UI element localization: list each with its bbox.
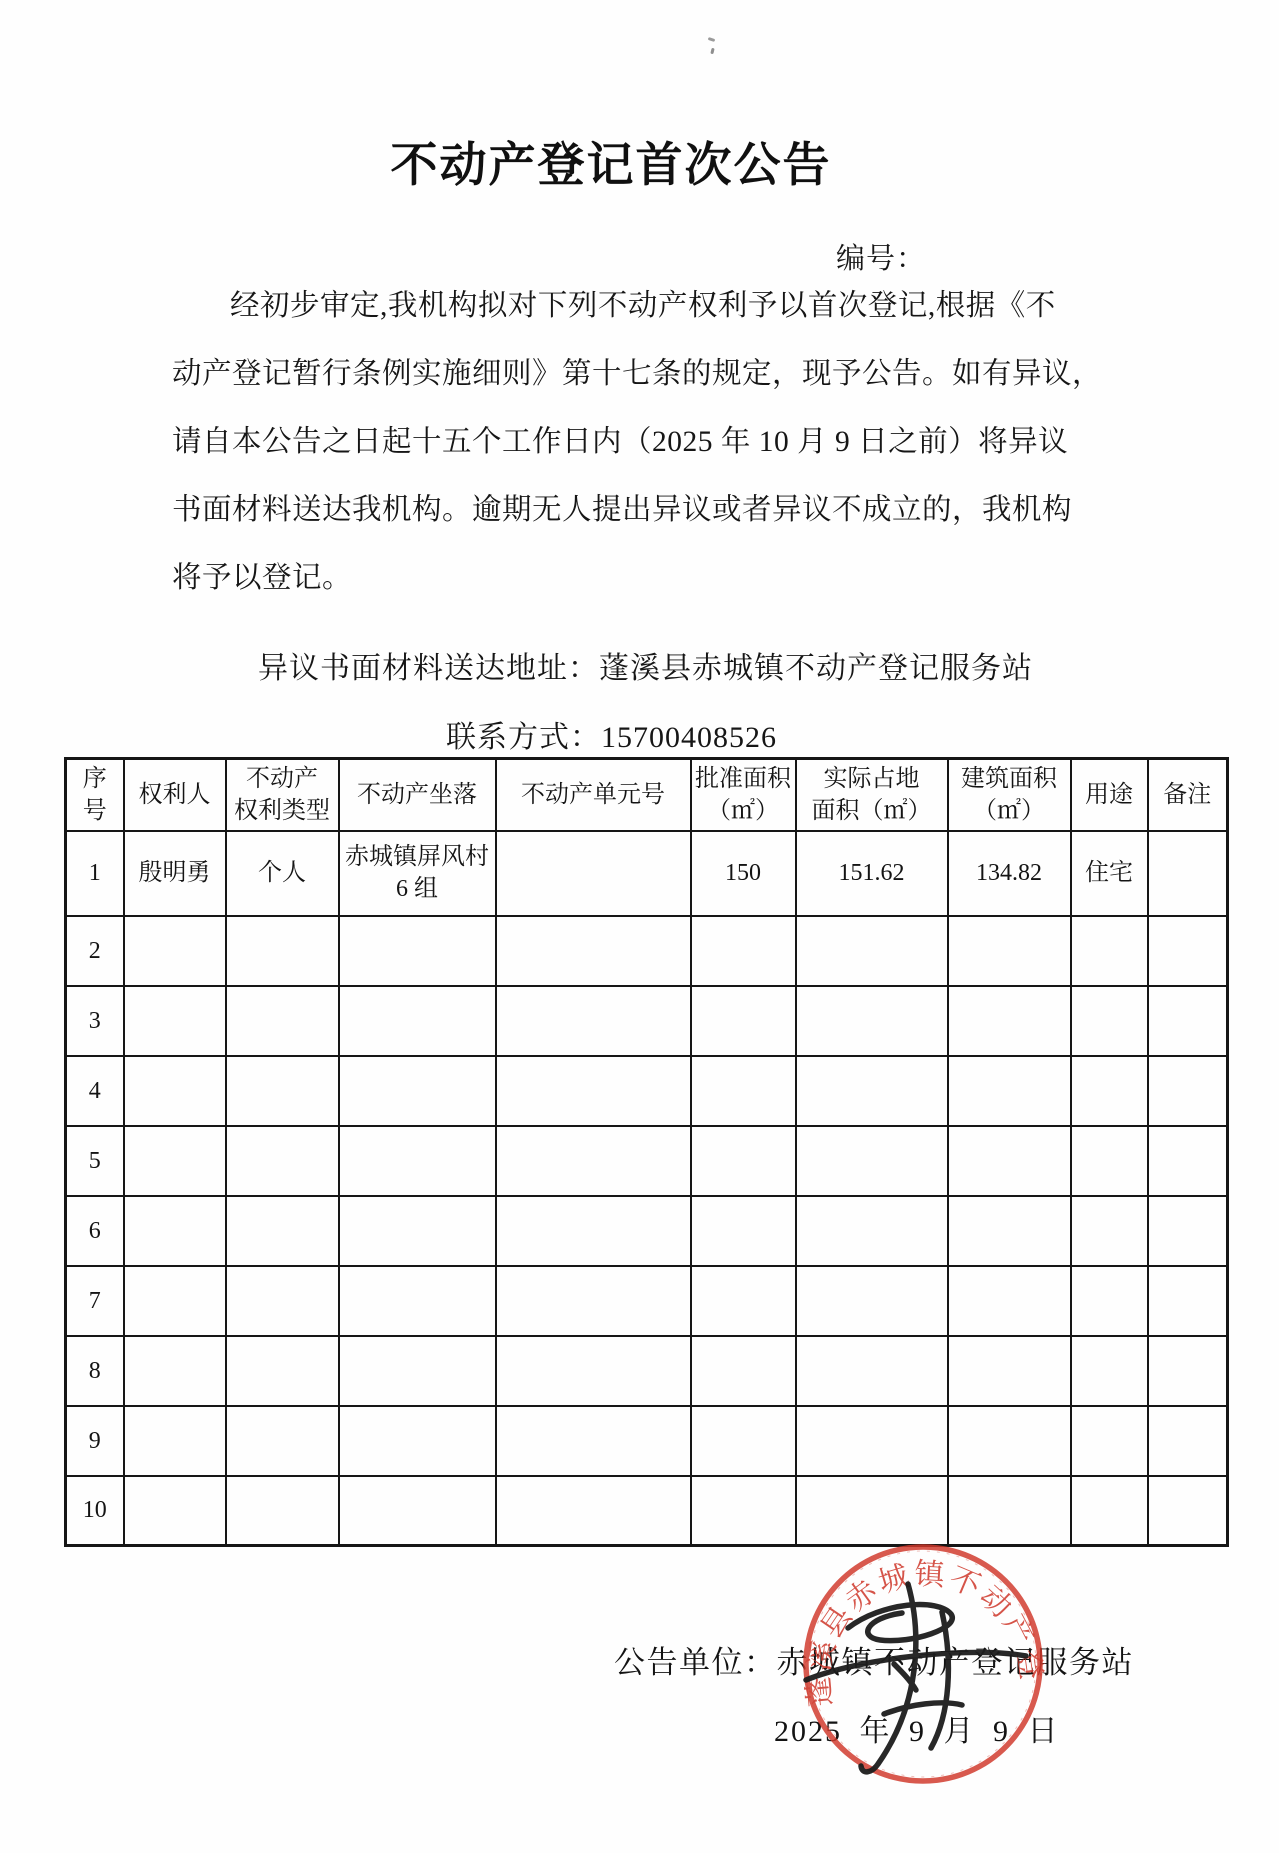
header-cell: 批准面积 （㎡） (691, 759, 796, 831)
table-cell (691, 1476, 796, 1546)
table-cell (1148, 1476, 1228, 1546)
table-cell (496, 986, 691, 1056)
table-cell (948, 1406, 1071, 1476)
table-cell (796, 1126, 948, 1196)
table-cell (948, 986, 1071, 1056)
table-cell (124, 1266, 226, 1336)
table-cell (339, 1056, 496, 1126)
table-cell (496, 1196, 691, 1266)
header-cell: 权利人 (124, 759, 226, 831)
table-cell (124, 1406, 226, 1476)
table-cell (1071, 1126, 1148, 1196)
table-cell (1148, 1266, 1228, 1336)
table-cell (339, 986, 496, 1056)
table-cell: 1 (66, 831, 124, 916)
table-cell (339, 1406, 496, 1476)
table-cell (124, 986, 226, 1056)
body-line: 动产登记暂行条例实施细则》第十七条的规定，现予公告。如有异议， (172, 356, 1072, 424)
table-cell: 9 (66, 1406, 124, 1476)
table-cell (496, 1056, 691, 1126)
table-cell (1071, 1406, 1148, 1476)
table-cell (1071, 1196, 1148, 1266)
table-cell (496, 1336, 691, 1406)
table-cell (1148, 916, 1228, 986)
table-row: 10 (66, 1476, 1228, 1546)
header-cell: 用途 (1071, 759, 1148, 831)
table-cell (496, 1266, 691, 1336)
table-cell (124, 1126, 226, 1196)
page-title: 不动产登记首次公告 (172, 128, 1050, 195)
table-cell (948, 1196, 1071, 1266)
table-cell (796, 1056, 948, 1126)
table-cell (948, 1266, 1071, 1336)
table-cell (1148, 1056, 1228, 1126)
table-cell (496, 1126, 691, 1196)
table-cell (339, 1476, 496, 1546)
header-cell: 不动产 权利类型 (226, 759, 339, 831)
table-cell (226, 1196, 339, 1266)
table-cell: 7 (66, 1266, 124, 1336)
table-cell (339, 1336, 496, 1406)
objection-address-line: 异议书面材料送达地址：蓬溪县赤城镇不动产登记服务站 (258, 643, 1033, 687)
table-cell (339, 1266, 496, 1336)
table-cell (1148, 986, 1228, 1056)
header-cell: 不动产坐落 (339, 759, 496, 831)
announcement-table: 序 号权利人不动产 权利类型不动产坐落不动产单元号批准面积 （㎡）实际占地 面积… (64, 757, 1229, 1547)
table-row: 7 (66, 1266, 1228, 1336)
table-cell: 151.62 (796, 831, 948, 916)
table-cell (691, 916, 796, 986)
table-cell (948, 916, 1071, 986)
table-cell: 住宅 (1071, 831, 1148, 916)
table-cell (339, 1196, 496, 1266)
table-cell: 殷明勇 (124, 831, 226, 916)
contact-line: 联系方式：15700408526 (446, 712, 777, 756)
table-row: 9 (66, 1406, 1228, 1476)
table-header: 序 号权利人不动产 权利类型不动产坐落不动产单元号批准面积 （㎡）实际占地 面积… (66, 759, 1228, 831)
table-cell (226, 916, 339, 986)
table-cell (1148, 1196, 1228, 1266)
table-cell (124, 1056, 226, 1126)
table-cell (124, 1336, 226, 1406)
table-cell: 赤城镇屏风村 6 组 (339, 831, 496, 916)
table-cell (948, 1056, 1071, 1126)
table-cell (691, 1196, 796, 1266)
table-cell (226, 1126, 339, 1196)
table-cell (1071, 986, 1148, 1056)
table-cell (1071, 916, 1148, 986)
body-line: 书面材料送达我机构。逾期无人提出异议或者异议不成立的，我机构 (172, 492, 1072, 560)
announcement-body: 经初步审定,我机构拟对下列不动产权利予以首次登记,根据《不 动产登记暂行条例实施… (172, 288, 1072, 628)
table-row: 8 (66, 1336, 1228, 1406)
table-row: 4 (66, 1056, 1228, 1126)
table-cell (1071, 1336, 1148, 1406)
table-cell (339, 1126, 496, 1196)
table-cell (691, 1126, 796, 1196)
document-number-label: 编号： (836, 236, 926, 277)
table-cell (948, 1126, 1071, 1196)
table-cell (796, 986, 948, 1056)
table-cell (226, 1266, 339, 1336)
table-cell (124, 916, 226, 986)
body-line: 经初步审定,我机构拟对下列不动产权利予以首次登记,根据《不 (172, 288, 1072, 356)
table-row: 3 (66, 986, 1228, 1056)
table-cell (226, 1056, 339, 1126)
scan-artifact (706, 38, 720, 56)
table-cell: 6 (66, 1196, 124, 1266)
table-cell (796, 1266, 948, 1336)
header-cell: 备注 (1148, 759, 1228, 831)
table-cell (124, 1476, 226, 1546)
table-header-row: 序 号权利人不动产 权利类型不动产坐落不动产单元号批准面积 （㎡）实际占地 面积… (66, 759, 1228, 831)
table-cell (1148, 831, 1228, 916)
header-cell: 实际占地 面积（㎡） (796, 759, 948, 831)
table-row: 5 (66, 1126, 1228, 1196)
table-cell: 5 (66, 1126, 124, 1196)
table-cell (1071, 1056, 1148, 1126)
table-cell (691, 1406, 796, 1476)
table-cell (691, 1056, 796, 1126)
body-line: 将予以登记。 (172, 560, 1072, 628)
table-cell (1071, 1266, 1148, 1336)
header-cell: 不动产单元号 (496, 759, 691, 831)
table-cell (496, 1406, 691, 1476)
table-cell: 10 (66, 1476, 124, 1546)
table-cell: 134.82 (948, 831, 1071, 916)
table-cell (339, 916, 496, 986)
header-cell: 序 号 (66, 759, 124, 831)
table-cell: 8 (66, 1336, 124, 1406)
table-cell (226, 986, 339, 1056)
header-cell: 建筑面积 （㎡） (948, 759, 1071, 831)
table-body: 1殷明勇个人赤城镇屏风村 6 组150151.62134.82住宅2345678… (66, 831, 1228, 1546)
table-cell (1148, 1406, 1228, 1476)
table-cell: 3 (66, 986, 124, 1056)
table-cell (948, 1336, 1071, 1406)
table-cell (691, 986, 796, 1056)
table-row: 2 (66, 916, 1228, 986)
table-cell (796, 1336, 948, 1406)
table-cell: 150 (691, 831, 796, 916)
table-row: 6 (66, 1196, 1228, 1266)
table-cell (796, 916, 948, 986)
table-cell (796, 1406, 948, 1476)
body-line: 请自本公告之日起十五个工作日内（2025 年 10 月 9 日之前）将异议 (172, 424, 1072, 492)
table-row: 1殷明勇个人赤城镇屏风村 6 组150151.62134.82住宅 (66, 831, 1228, 916)
table-cell (226, 1336, 339, 1406)
table-cell (691, 1266, 796, 1336)
table-cell: 个人 (226, 831, 339, 916)
table-cell (124, 1196, 226, 1266)
table-cell (691, 1336, 796, 1406)
table-cell (1148, 1126, 1228, 1196)
table-cell (496, 1476, 691, 1546)
table-cell: 2 (66, 916, 124, 986)
table-cell: 4 (66, 1056, 124, 1126)
table-cell (1071, 1476, 1148, 1546)
table-cell (1148, 1336, 1228, 1406)
table-cell (226, 1476, 339, 1546)
table-cell (496, 916, 691, 986)
handwritten-signature (790, 1568, 1040, 1798)
table-cell (496, 831, 691, 916)
table-cell (226, 1406, 339, 1476)
table-cell (796, 1196, 948, 1266)
announcement-page: 不动产登记首次公告 编号： 经初步审定,我机构拟对下列不动产权利予以首次登记,根… (0, 0, 1279, 1853)
